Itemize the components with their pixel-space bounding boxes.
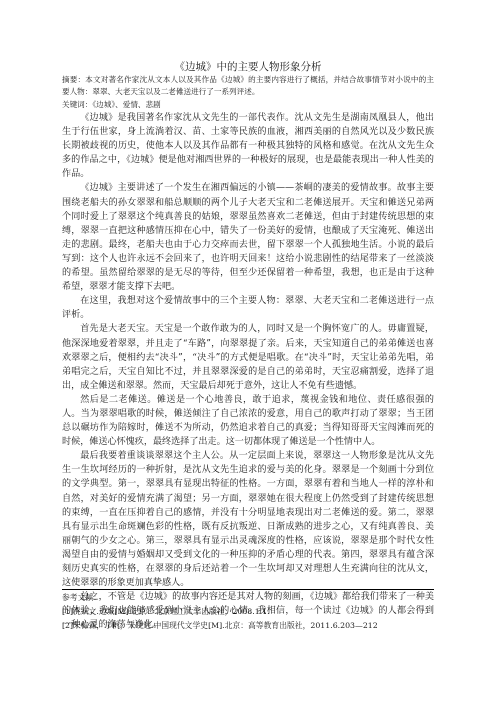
abstract-block: 摘要：本文对著名作家沈从文本人以及其作品《边城》的主要内容进行了概括，并结合故事… — [62, 74, 434, 111]
paragraph: 首先是大老天宝。天宝是一个敢作敢为的人，同时又是一个胸怀宽广的人。毋庸置疑，他深… — [62, 322, 434, 392]
paragraph: 《边城》是我国著名作家沈从文先生的一部代表作。沈从文先生是湖南凤凰县人，他出生于… — [62, 111, 434, 181]
references-divider — [62, 589, 434, 590]
abstract-text: 摘要：本文对著名作家沈从文本人以及其作品《边城》的主要内容进行了概括，并结合故事… — [62, 74, 434, 99]
paragraph: 最后我要着重谈谈翠翠这个主人公。从一定层面上来说，翠翠这一人物形象是沈从文先生一… — [62, 449, 434, 590]
document-title: 《边城》中的主要人物形象分析 — [62, 60, 434, 74]
reference-item: [1]沈从文.边城[M].北京：北京理工大学出版社，2008.1.1. — [62, 605, 434, 619]
references-heading: 参考文献： — [62, 591, 434, 605]
paragraph: 然后是二老傩送。傩送是一个心地善良，敢于追求，蔑视金钱和地位、责任感很强的人。当… — [62, 393, 434, 449]
paragraph: 在这里，我想对这个爱情故事中的三个主要人物：翠翠、大老天宝和二老傩送进行一点评析… — [62, 294, 434, 322]
references: 参考文献： [1]沈从文.边城[M].北京：北京理工大学出版社，2008.1.1… — [62, 591, 434, 633]
body-text: 《边城》是我国著名作家沈从文先生的一部代表作。沈从文先生是湖南凤凰县人，他出生于… — [62, 111, 434, 632]
keywords-text: 关键词：《边城》、爱情、悲剧 — [62, 99, 434, 111]
paragraph: 《边城》主要讲述了一个发生在湘西偏远的小镇——茶峒的凄美的爱情故事。故事主要围绕… — [62, 181, 434, 294]
reference-item: [2]朱栋霖，丁帆，朱晓进.中国现代文学史[M].北京：高等教育出版社，2011… — [62, 619, 434, 633]
